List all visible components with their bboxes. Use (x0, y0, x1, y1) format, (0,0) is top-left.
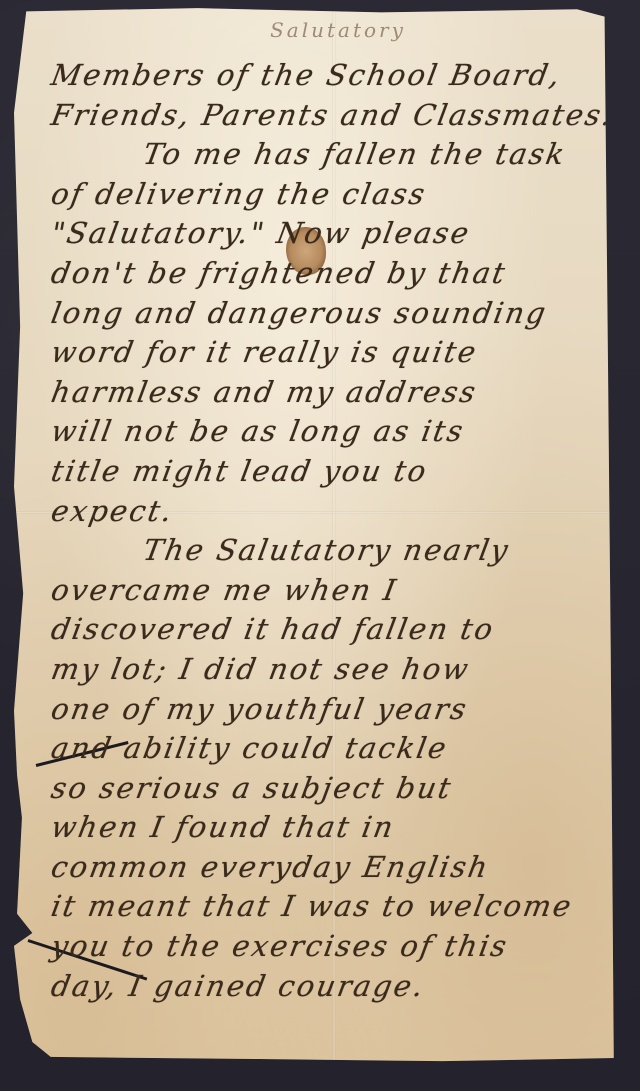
salutation-line: Members of the School Board, (48, 56, 635, 96)
text-line: it meant that I was to welcome (48, 887, 635, 927)
text-line: harmless and my address (48, 373, 635, 413)
letter-body: Salutatory Members of the School Board, … (48, 14, 628, 1006)
text-line: will not be as long as its (48, 412, 635, 452)
text-line: To me has fallen the task (48, 135, 635, 175)
text-line: long and dangerous sounding (48, 294, 635, 334)
text-line: one of my youthful years (48, 690, 635, 730)
text-line: and ability could tackle (48, 729, 635, 769)
text-line: "Salutatory." Now please (48, 214, 635, 254)
text-line: of delivering the class (48, 175, 635, 215)
text-line: when I found that in (48, 808, 635, 848)
letter-title: Salutatory (48, 14, 628, 46)
salutation-line: Friends, Parents and Classmates: (48, 96, 635, 136)
paragraph-start-line: The Salutatory nearly (48, 531, 635, 571)
handwritten-letter-page: Salutatory Members of the School Board, … (14, 6, 626, 1074)
text-line: my lot; I did not see how (48, 650, 635, 690)
text-line: title might lead you to (48, 452, 635, 492)
text-line: common everyday English (48, 848, 635, 888)
text-line: discovered it had fallen to (48, 610, 635, 650)
closing-line: day, I gained courage. (48, 967, 635, 1007)
text-line: don't be frightened by that (48, 254, 635, 294)
text-line: overcame me when I (48, 571, 635, 611)
text-line: so serious a subject but (48, 769, 635, 809)
text-line: you to the exercises of this (48, 927, 635, 967)
text-line: word for it really is quite (48, 333, 635, 373)
text-line: expect. (48, 492, 635, 532)
